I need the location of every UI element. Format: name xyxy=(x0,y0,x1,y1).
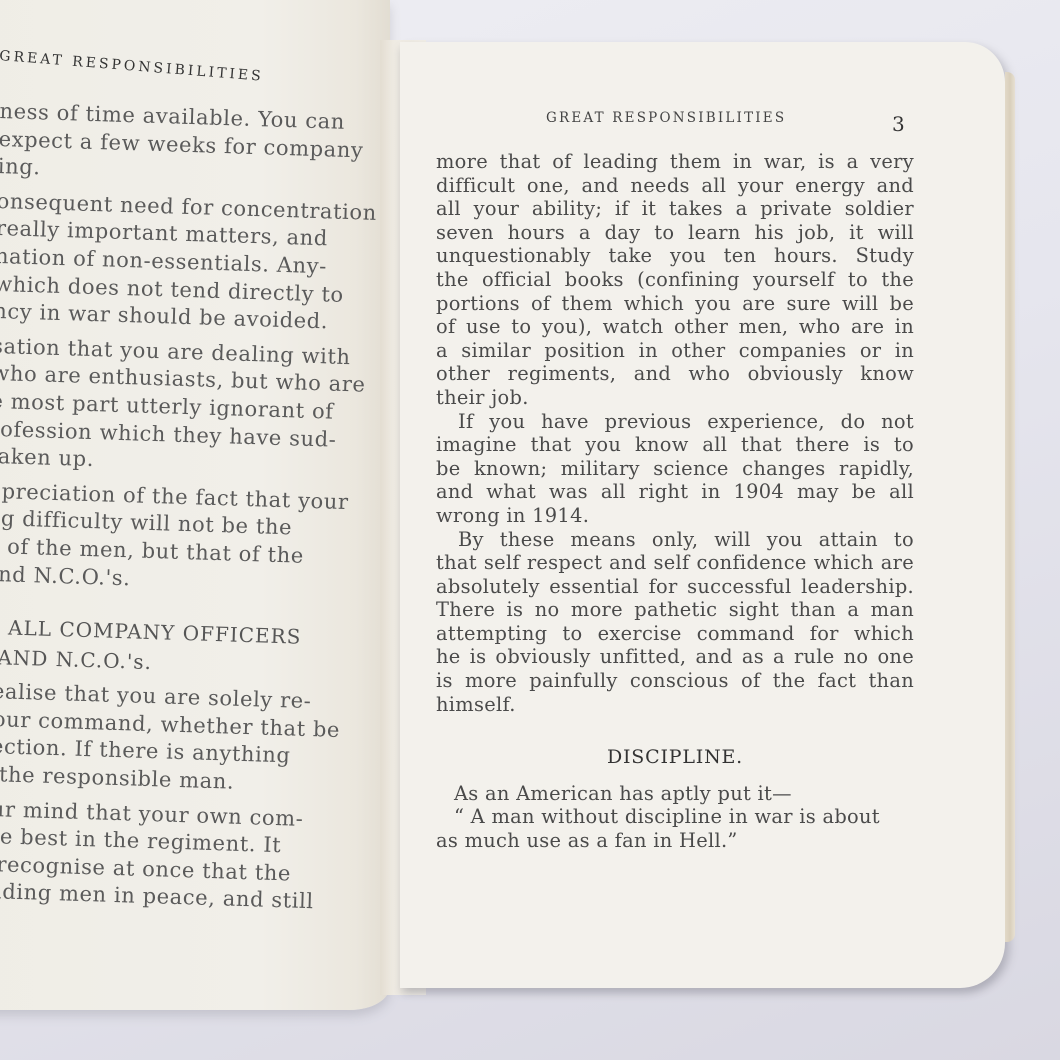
text-line: other regiments, and who obviously know xyxy=(436,362,914,386)
text-line: imagine that you know all that there is … xyxy=(436,433,914,457)
text-line: that self respect and self confidence wh… xyxy=(436,551,914,575)
text-line: If you have previous experience, do not xyxy=(436,410,914,434)
text-line: portions of them which you are sure will… xyxy=(436,292,914,316)
text-line: more that of leading them in war, is a v… xyxy=(436,150,914,174)
text-line: difficult one, and needs all your energy… xyxy=(436,174,914,198)
text-line: the official books (confining yourself t… xyxy=(436,268,914,292)
text-line: a similar position in other companies or… xyxy=(436,339,914,363)
page-number: 3 xyxy=(892,112,905,136)
text-line: their job. xyxy=(436,386,914,410)
right-page-body: more that of leading them in war, is a v… xyxy=(436,150,914,853)
text-line: all your ability; if it takes a private … xyxy=(436,197,914,221)
text-line: unquestionably take you ten hours. Study xyxy=(436,244,914,268)
section-title-discipline: DISCIPLINE. xyxy=(436,746,914,770)
text-line: attempting to exercise command for which xyxy=(436,622,914,646)
open-book-photo: GREAT RESPONSIBILITIES ness of time avai… xyxy=(0,0,1060,1060)
right-page: GREAT RESPONSIBILITIES 3 more that of le… xyxy=(400,42,1005,988)
right-running-header: GREAT RESPONSIBILITIES xyxy=(546,110,786,126)
text-line: he is obviously unfitted, and as a rule … xyxy=(436,645,914,669)
left-page-body: ness of time available. You can expect a… xyxy=(0,98,365,917)
quote-line: as much use as a fan in Hell.” xyxy=(436,829,914,853)
text-line: absolutely essential for successful lead… xyxy=(436,575,914,599)
left-page: GREAT RESPONSIBILITIES ness of time avai… xyxy=(0,0,390,1010)
left-running-header: GREAT RESPONSIBILITIES xyxy=(0,48,264,85)
quote-intro: As an American has aptly put it— xyxy=(436,782,914,806)
text-line: wrong in 1914. xyxy=(436,504,914,528)
text-line: be known; military science changes rapid… xyxy=(436,457,914,481)
text-line: and what was all right in 1904 may be al… xyxy=(436,480,914,504)
quote-line: “ A man without discipline in war is abo… xyxy=(436,805,914,829)
text-line: By these means only, will you attain to xyxy=(436,528,914,552)
text-line: There is no more pathetic sight than a m… xyxy=(436,598,914,622)
text-line: is more painfully conscious of the fact … xyxy=(436,669,914,693)
text-line: seven hours a day to learn his job, it w… xyxy=(436,221,914,245)
text-line: of use to you), watch other men, who are… xyxy=(436,315,914,339)
text-line: himself. xyxy=(436,693,914,717)
